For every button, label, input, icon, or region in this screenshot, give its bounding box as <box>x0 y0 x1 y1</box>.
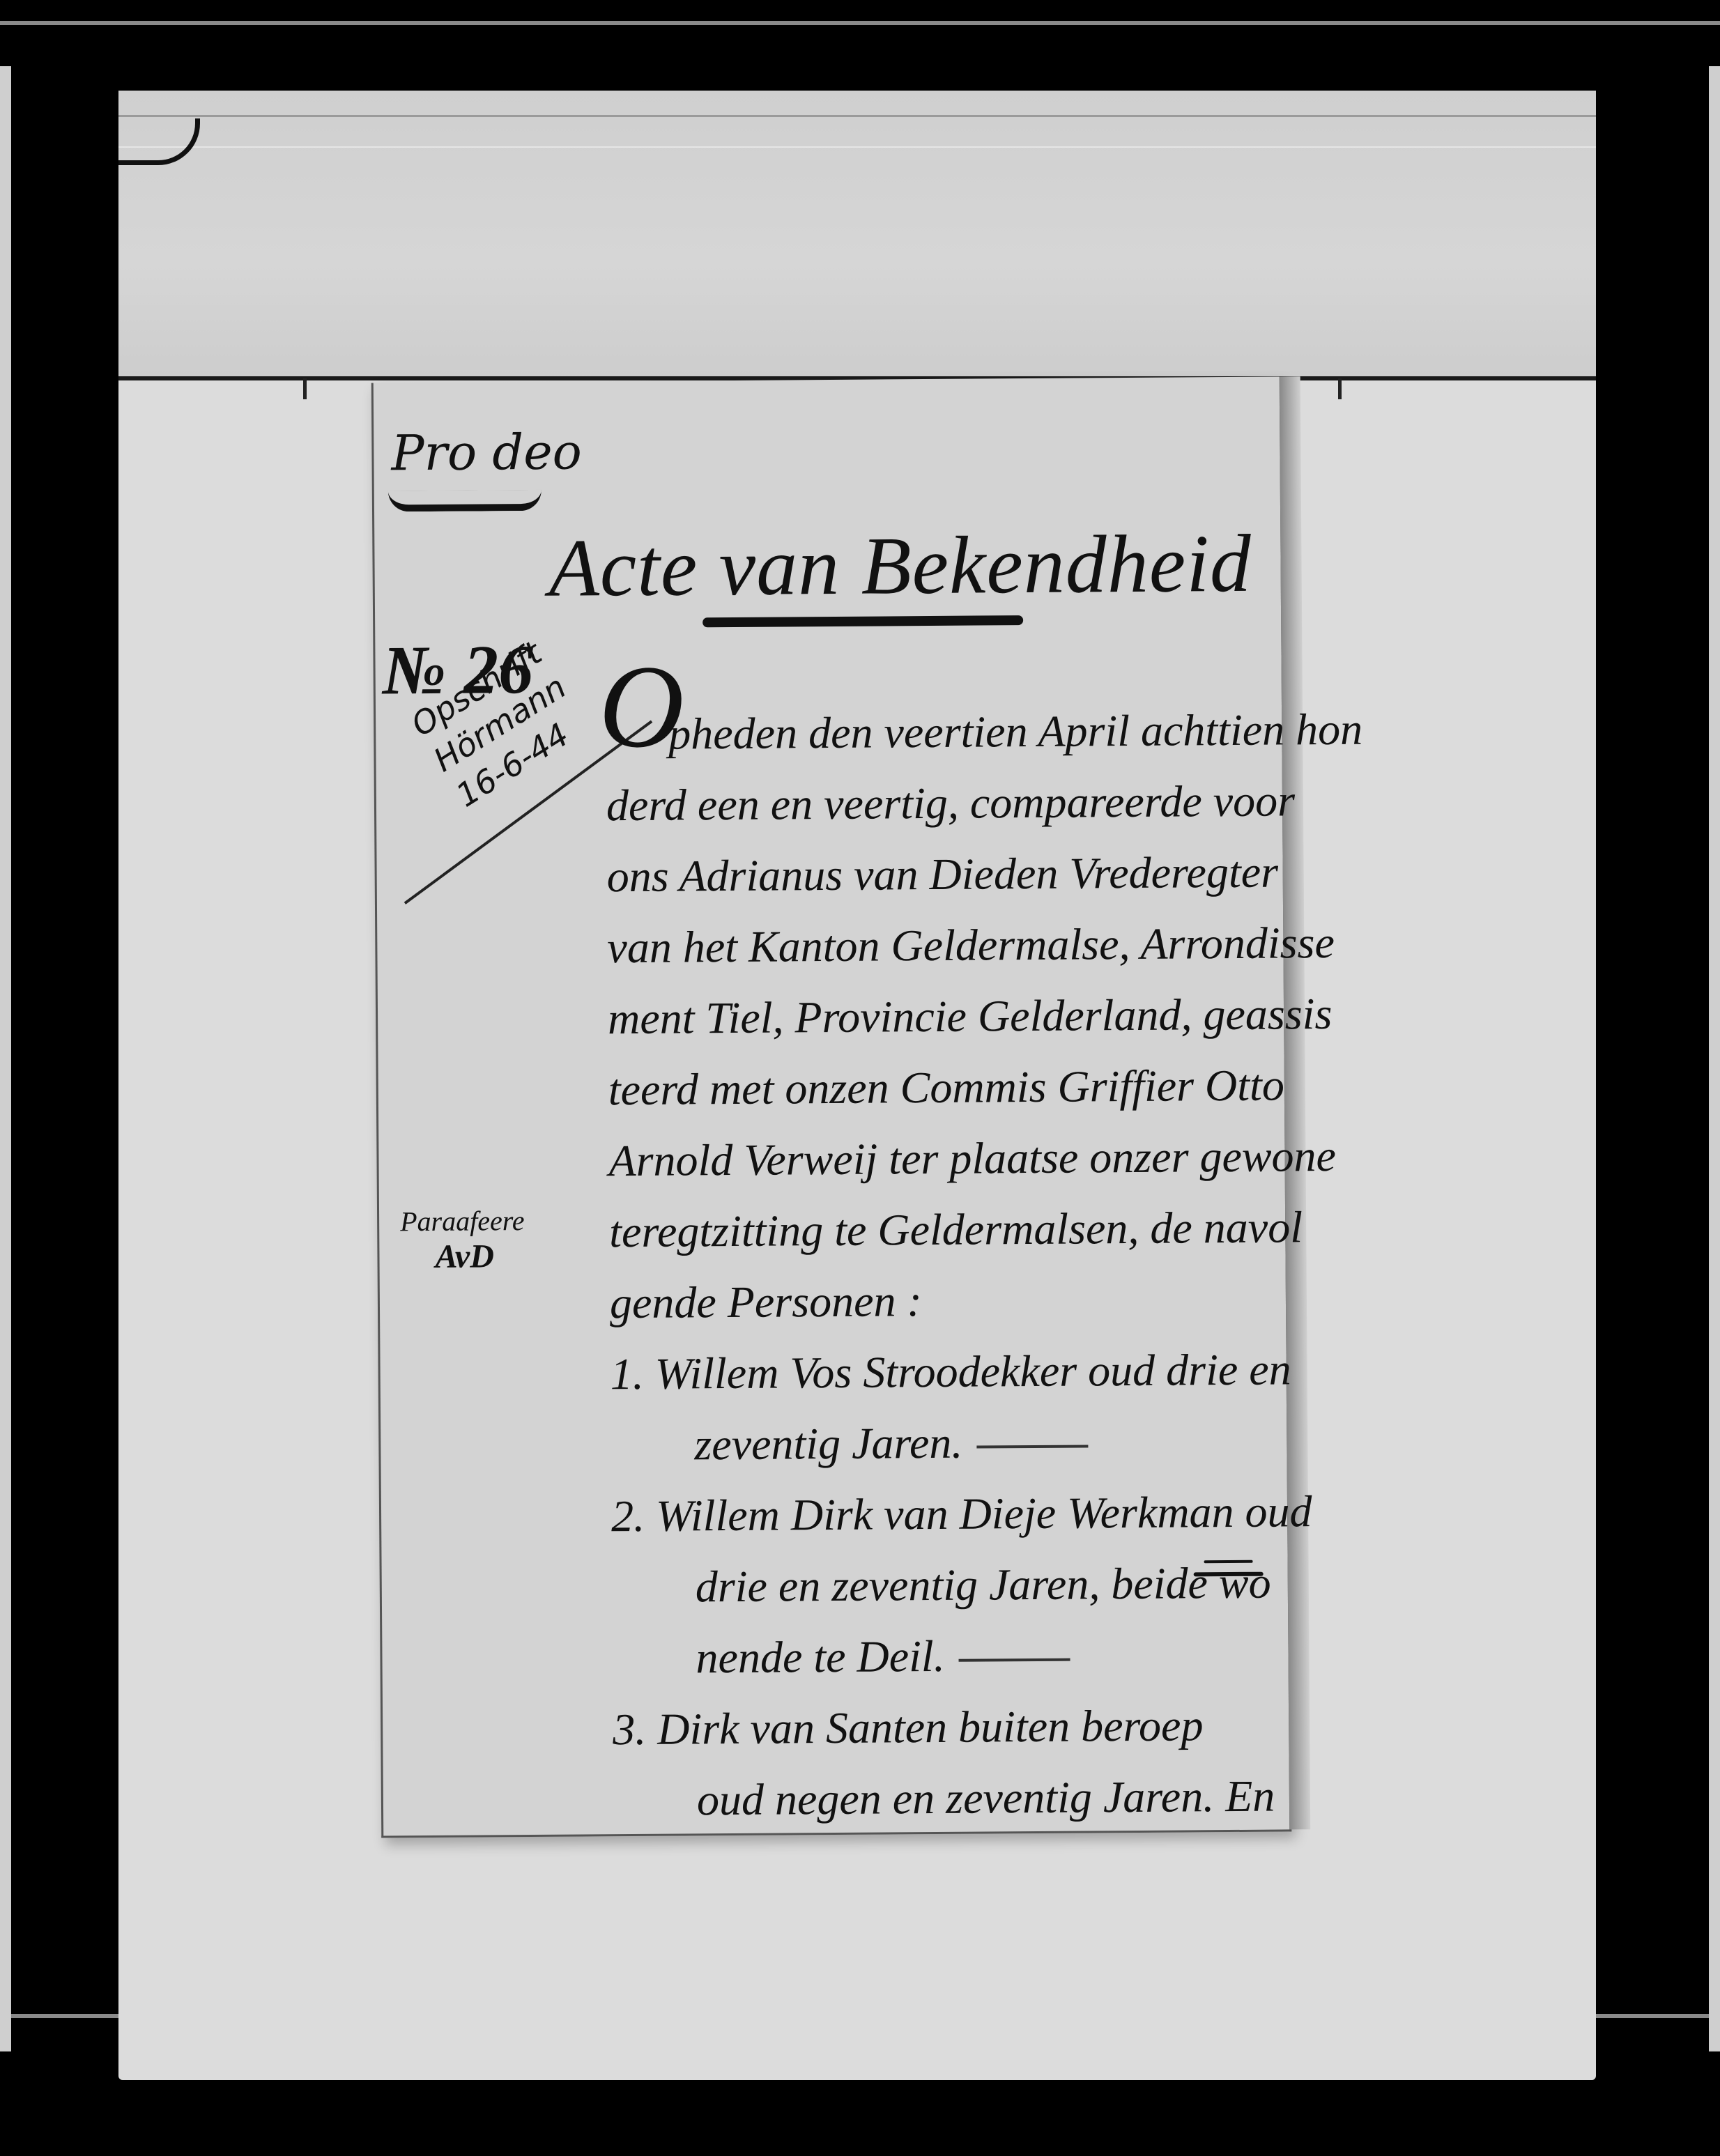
body-line: Arnold Verweij ter plaatse onzer gewone <box>608 1131 1271 1207</box>
opening-initial: O <box>598 638 684 775</box>
fold-tick <box>303 378 307 399</box>
body-line: teerd met onzen Commis Griffier Otto <box>608 1060 1271 1136</box>
body-line: derd een en veertig, compareerde voor <box>606 776 1269 852</box>
body-line: ment Tiel, Provincie Gelderland, geassis <box>608 989 1270 1065</box>
crease-line <box>118 115 1596 117</box>
person-entry: 1. Willem Vos Stroodekker oud drie en <box>610 1344 1273 1420</box>
scan-mount: Pro deo Acte van Bekendheid № 26 Opschri… <box>118 91 1596 2080</box>
pro-deo-flourish <box>388 490 542 512</box>
corner-curl-mark <box>118 118 200 165</box>
fold-tick <box>1338 378 1342 399</box>
margin-paraph-label: Paraafeere <box>400 1205 525 1237</box>
person-entry: 3. Dirk van Santen buiten beroep <box>613 1700 1275 1776</box>
person-text: Dirk van Santen buiten beroep <box>657 1700 1204 1753</box>
title-underline <box>702 615 1023 627</box>
crease-line <box>118 146 1596 148</box>
body-line: O pheden den veertien April achttien hon <box>606 704 1268 780</box>
person-number: 1. <box>610 1349 643 1399</box>
person-entry: 2. Willem Dirk van Dieje Werkman oud <box>611 1486 1274 1562</box>
person-number: 2. <box>611 1491 645 1541</box>
adjacent-frame-left <box>0 66 11 2051</box>
line-filler-dash <box>959 1658 1070 1662</box>
document-body: O pheden den veertien April achttien hon… <box>606 704 1275 1847</box>
closing-flourish <box>1194 1572 1264 1577</box>
margin-paraph: Paraafeere AvD <box>400 1204 525 1276</box>
pro-deo-stamp: Pro deo <box>391 423 582 482</box>
body-line: ons Adrianus van Dieden Vrederegter <box>606 847 1269 923</box>
document-sheet: Pro deo Acte van Bekendheid № 26 Opschri… <box>371 376 1292 1838</box>
closing-flourish <box>1204 1560 1253 1563</box>
person-entry-cont: drie en zeventig Jaren, beide wo <box>612 1557 1275 1633</box>
person-entry-cont: nende te Deil. <box>612 1628 1275 1704</box>
person-text: Willem Vos Stroodekker oud drie en <box>654 1344 1291 1398</box>
person-entry-cont: zeventig Jaren. <box>611 1415 1273 1491</box>
upper-cover-panel <box>118 91 1596 380</box>
body-line: gende Personen : <box>610 1273 1273 1349</box>
film-edge-top <box>0 21 1720 25</box>
body-line: van het Kanton Geldermalse, Arrondisse <box>607 918 1270 994</box>
person-text: Willem Dirk van Dieje Werkman oud <box>656 1486 1312 1541</box>
person-number: 3. <box>613 1704 646 1754</box>
adjacent-frame-right <box>1709 66 1720 2051</box>
margin-paraph-initials: AvD <box>435 1237 525 1276</box>
line-filler-dash <box>976 1445 1088 1449</box>
person-entry-cont: oud negen en zeventig Jaren. En <box>613 1771 1276 1847</box>
body-line: teregtzitting te Geldermalsen, de navol <box>609 1202 1272 1278</box>
document-title: Acte van Bekendheid <box>548 516 1252 616</box>
